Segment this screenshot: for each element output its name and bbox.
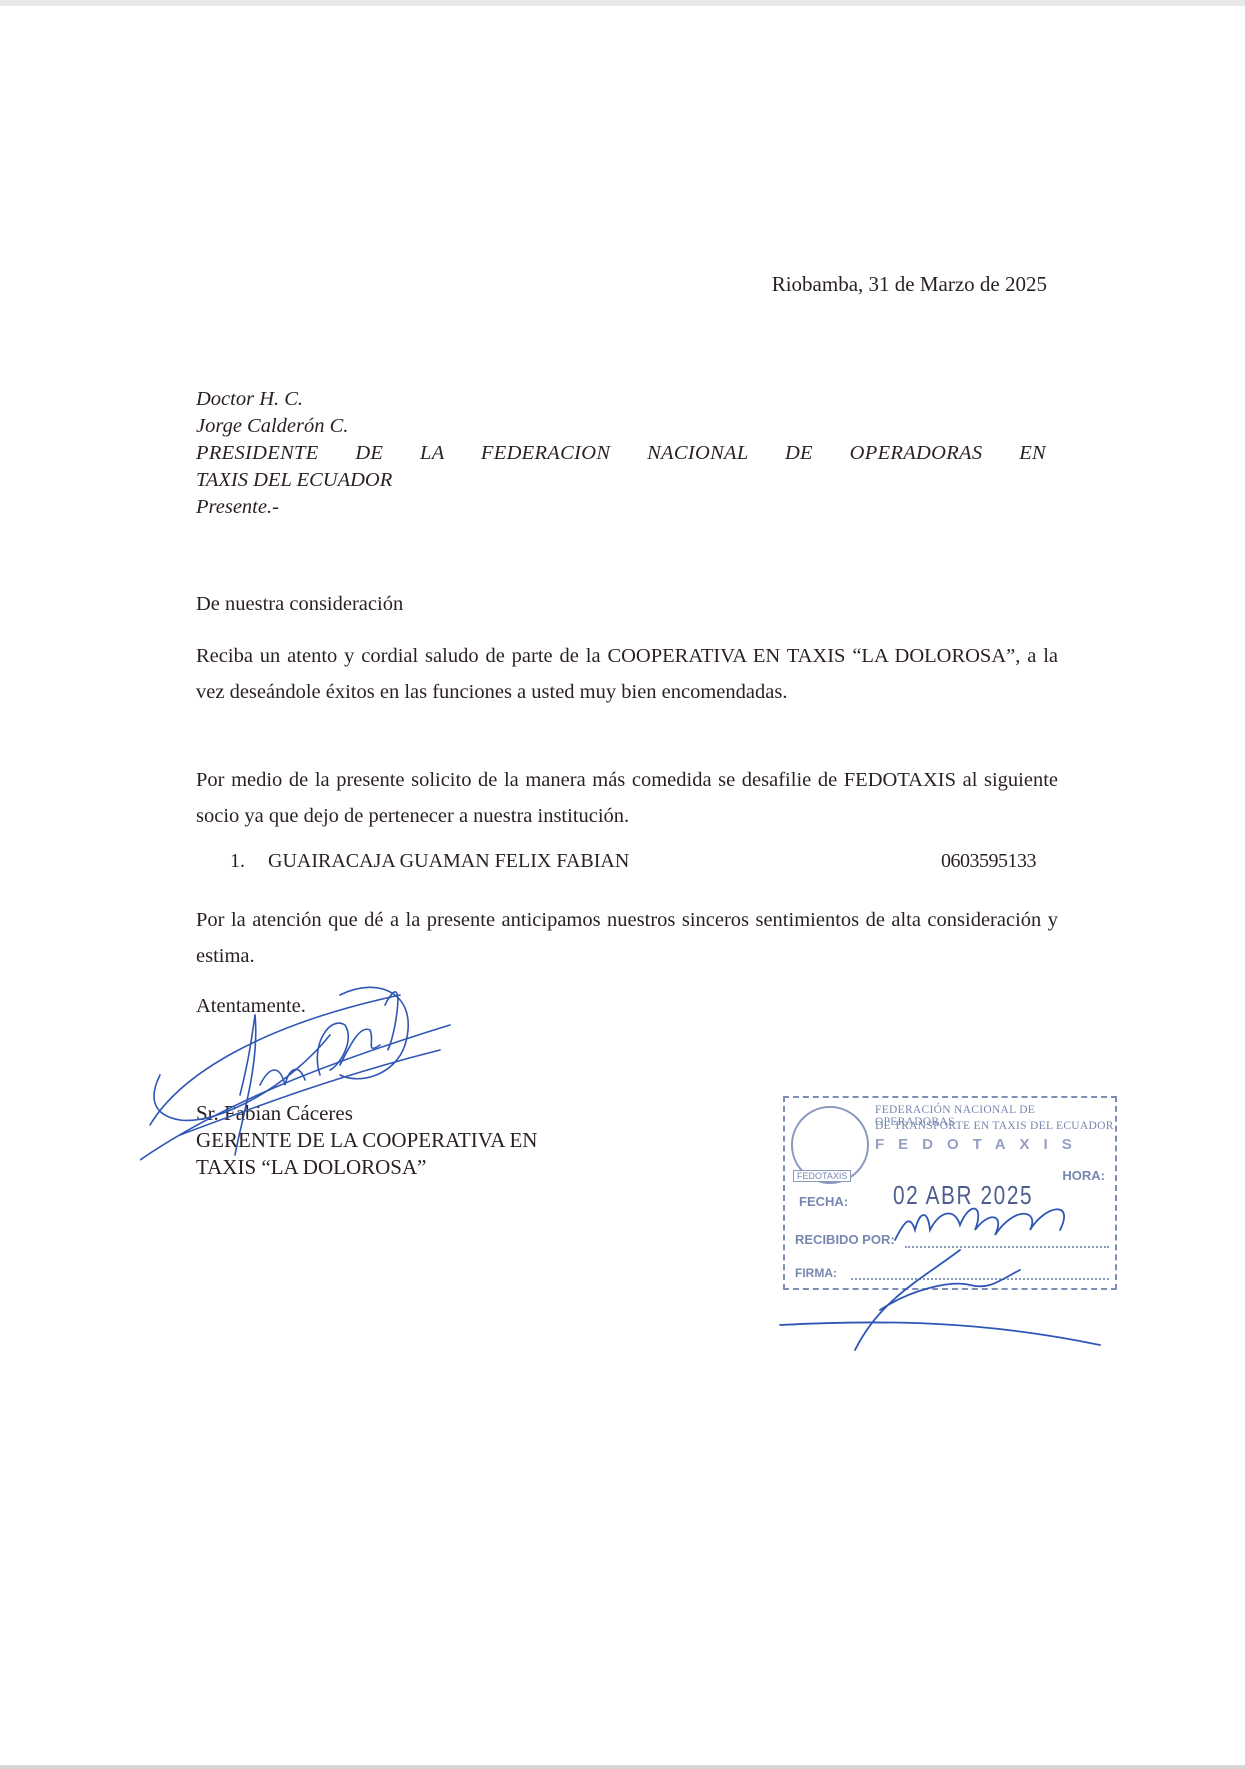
scan-top-edge — [0, 0, 1245, 6]
member-id: 0603595133 — [941, 850, 1036, 873]
place-date: Riobamba, 31 de Marzo de 2025 — [772, 272, 1047, 297]
scan-bottom-edge — [0, 1765, 1245, 1769]
paragraph-request: Por medio de la presente solicito de la … — [196, 762, 1058, 834]
recipient-presente: Presente.- — [196, 494, 1046, 521]
recipient-honorific: Doctor H. C. — [196, 386, 1046, 413]
recipient-title-line2: TAXIS DEL ECUADOR — [196, 467, 1046, 494]
member-number: 1. — [230, 850, 268, 873]
p1-text-a: Reciba un atento y cordial saludo de par… — [196, 645, 607, 667]
cooperative-name: COOPERATIVA EN TAXIS “LA DOLOROSA” — [607, 645, 1015, 667]
receiver-signature — [760, 1080, 1120, 1360]
greeting: De nuestra consideración — [196, 586, 1058, 622]
recipient-title-line1: PRESIDENTE DE LA FEDERACION NACIONAL DE … — [196, 440, 1046, 467]
paragraph-greeting: Reciba un atento y cordial saludo de par… — [196, 638, 1058, 710]
recipient-name: Jorge Calderón C. — [196, 413, 1046, 440]
recipient-block: Doctor H. C. Jorge Calderón C. PRESIDENT… — [196, 386, 1046, 521]
handwritten-signature — [140, 955, 460, 1165]
member-name: GUAIRACAJA GUAMAN FELIX FABIAN — [268, 850, 629, 872]
member-list-item: 1.GUAIRACAJA GUAMAN FELIX FABIAN 0603595… — [230, 850, 1060, 873]
